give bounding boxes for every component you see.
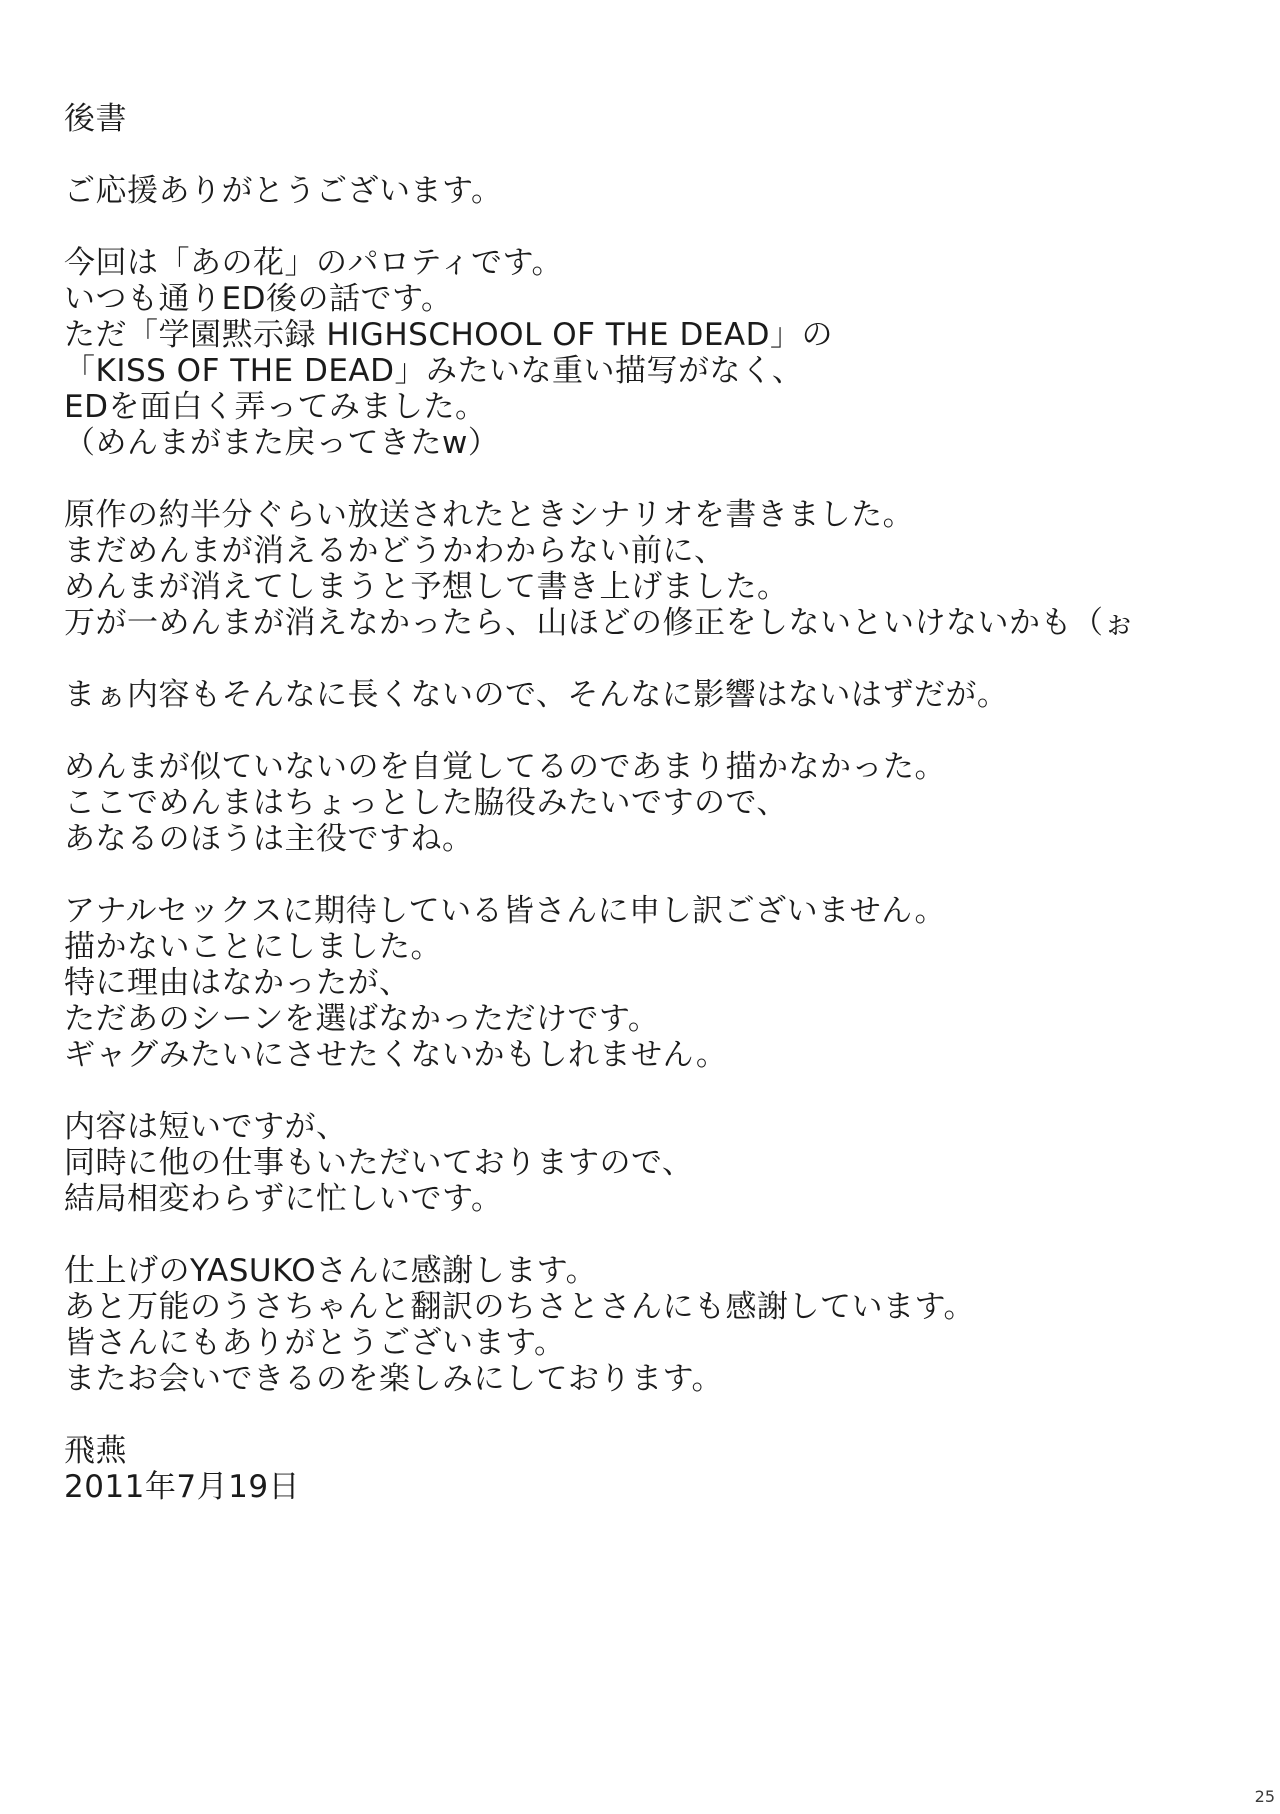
text-line: 仕上げのYASUKOさんに感謝します。 [64,1253,1135,1289]
text-line: ただあのシーンを選ばなかっただけです。 [64,1001,1135,1037]
text-line: まぁ内容もそんなに長くないので、そんなに影響はないはずだが。 [64,677,1135,713]
text-line: あと万能のうさちゃんと翻訳のちさとさんにも感謝しています。 [64,1289,1135,1325]
text-line: 同時に他の仕事もいただいておりますので、 [64,1145,1135,1181]
text-line: ギャグみたいにさせたくないかもしれません。 [64,1037,1135,1073]
afterword-page: 後書 ご応援ありがとうございます。今回は「あの花」のパロティです。いつも通りED… [0,0,1280,1814]
text-line: 2011年7月19日 [64,1469,1135,1505]
text-line: 特に理由はなかったが、 [64,965,1135,1001]
text-line: めんまが似ていないのを自覚してるのであまり描かなかった。 [64,749,1135,785]
page-number: 25 [1255,1789,1275,1805]
text-line: 万が一めんまが消えなかったら、山ほどの修正をしないといけないかも（ぉ [64,605,1135,641]
paragraph-gap [64,1397,1135,1433]
paragraph-gap [64,461,1135,497]
paragraph-gap [64,1217,1135,1253]
afterword-body: ご応援ありがとうございます。今回は「あの花」のパロティです。いつも通りED後の話… [64,137,1135,1505]
text-line: まだめんまが消えるかどうかわからない前に、 [64,533,1135,569]
text-line: あなるのほうは主役ですね。 [64,821,1135,857]
text-line: 「KISS OF THE DEAD」みたいな重い描写がなく、 [64,353,1135,389]
text-line: またお会いできるのを楽しみにしております。 [64,1361,1135,1397]
text-line: 皆さんにもありがとうございます。 [64,1325,1135,1361]
text-line: （めんまがまた戻ってきたw） [64,425,1135,461]
paragraph-gap [64,137,1135,173]
text-line: 飛燕 [64,1433,1135,1469]
text-line: めんまが消えてしまうと予想して書き上げました。 [64,569,1135,605]
afterword-text: 後書 ご応援ありがとうございます。今回は「あの花」のパロティです。いつも通りED… [64,101,1135,1505]
text-line: 内容は短いですが、 [64,1109,1135,1145]
text-line: EDを面白く弄ってみました。 [64,389,1135,425]
paragraph-gap [64,209,1135,245]
text-line: ここでめんまはちょっとした脇役みたいですので、 [64,785,1135,821]
text-line: 結局相変わらずに忙しいです。 [64,1181,1135,1217]
text-line: いつも通りED後の話です。 [64,281,1135,317]
text-line: アナルセックスに期待している皆さんに申し訳ございません。 [64,893,1135,929]
text-line: ご応援ありがとうございます。 [64,173,1135,209]
paragraph-gap [64,641,1135,677]
text-line: 今回は「あの花」のパロティです。 [64,245,1135,281]
text-line: ただ「学園黙示録 HIGHSCHOOL OF THE DEAD」の [64,317,1135,353]
paragraph-gap [64,1073,1135,1109]
paragraph-gap [64,713,1135,749]
paragraph-gap [64,857,1135,893]
text-line: 原作の約半分ぐらい放送されたときシナリオを書きました。 [64,497,1135,533]
page-title: 後書 [64,101,1135,137]
text-line: 描かないことにしました。 [64,929,1135,965]
